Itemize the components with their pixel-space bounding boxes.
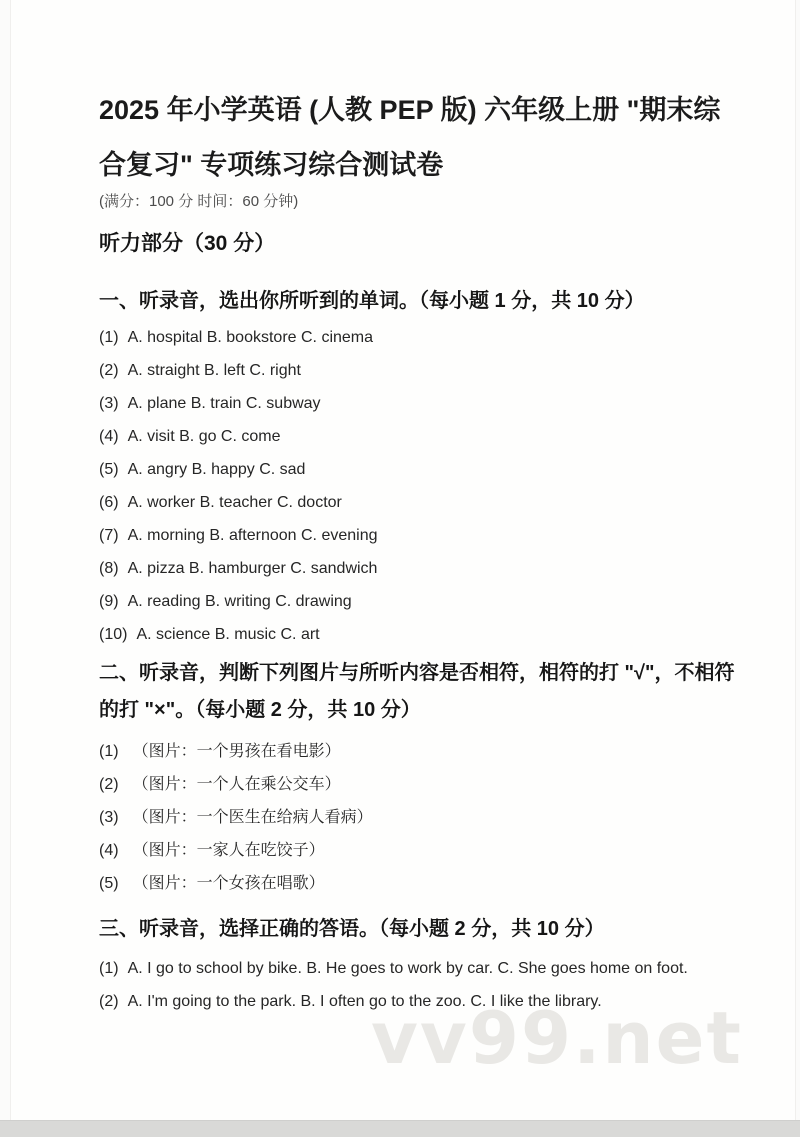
question-item: (1) A. hospital B. bookstore C. cinema — [99, 321, 743, 354]
question-text: A. visit B. go C. come — [128, 420, 281, 453]
document-page: vv99.net 2025 年小学英语 (人教 PEP 版) 六年级上册 "期末… — [10, 0, 796, 1120]
question-text: A. I'm going to the park. B. I often go … — [128, 985, 602, 1018]
document-content: 2025 年小学英语 (人教 PEP 版) 六年级上册 "期末综合复习" 专项练… — [11, 83, 795, 1018]
question-number: (6) — [99, 486, 119, 519]
question-number: (2) — [99, 354, 119, 387]
question-text: （图片：一个医生在给病人看病） — [133, 801, 373, 834]
question-text: A. angry B. happy C. sad — [128, 453, 306, 486]
question-item: (3) A. plane B. train C. subway — [99, 387, 743, 420]
question-number: (1) — [99, 952, 119, 985]
question-number: (10) — [99, 618, 127, 651]
question-number: (8) — [99, 552, 119, 585]
question-text: A. science B. music C. art — [136, 618, 319, 651]
question-number: (4) — [99, 420, 119, 453]
question-text: A. reading B. writing C. drawing — [128, 585, 352, 618]
question-text: （图片：一家人在吃饺子） — [133, 834, 325, 867]
question-number: (2) — [99, 985, 119, 1018]
question-text: A. plane B. train C. subway — [128, 387, 321, 420]
question-number: (1) — [99, 735, 119, 768]
question-number: (4) — [99, 834, 119, 867]
question-number: (3) — [99, 387, 119, 420]
section-1-question-list: (1) A. hospital B. bookstore C. cinema (… — [99, 321, 743, 651]
question-item: (2) （图片：一个人在乘公交车） — [99, 768, 743, 801]
question-item: (2) A. I'm going to the park. B. I often… — [99, 985, 743, 1018]
question-text: A. morning B. afternoon C. evening — [128, 519, 378, 552]
question-number: (1) — [99, 321, 119, 354]
question-number: (7) — [99, 519, 119, 552]
question-item: (7) A. morning B. afternoon C. evening — [99, 519, 743, 552]
bottom-gray-bar — [0, 1120, 800, 1137]
question-text: A. I go to school by bike. B. He goes to… — [128, 952, 688, 985]
section-3-question-list: (1) A. I go to school by bike. B. He goe… — [99, 952, 743, 1018]
question-number: (5) — [99, 453, 119, 486]
question-text: A. hospital B. bookstore C. cinema — [128, 321, 373, 354]
question-text: （图片：一个人在乘公交车） — [133, 768, 341, 801]
listening-part-heading: 听力部分（30 分） — [99, 229, 743, 259]
section-3-title: 三、听录音，选择正确的答语。（每小题 2 分，共 10 分） — [99, 914, 743, 944]
question-item: (4) （图片：一家人在吃饺子） — [99, 834, 743, 867]
question-text: （图片：一个女孩在唱歌） — [133, 867, 325, 900]
question-item: (6) A. worker B. teacher C. doctor — [99, 486, 743, 519]
exam-meta: (满分：100 分 时间：60 分钟) — [99, 191, 743, 213]
question-item: (1) （图片：一个男孩在看电影） — [99, 735, 743, 768]
section-1-title: 一、听录音，选出你所听到的单词。（每小题 1 分，共 10 分） — [99, 286, 743, 316]
question-text: （图片：一个男孩在看电影） — [133, 735, 341, 768]
question-item: (2) A. straight B. left C. right — [99, 354, 743, 387]
question-text: A. straight B. left C. right — [128, 354, 301, 387]
question-item: (10) A. science B. music C. art — [99, 618, 743, 651]
question-number: (3) — [99, 801, 119, 834]
question-number: (5) — [99, 867, 119, 900]
section-2-question-list: (1) （图片：一个男孩在看电影） (2) （图片：一个人在乘公交车） (3) … — [99, 735, 743, 900]
question-item: (4) A. visit B. go C. come — [99, 420, 743, 453]
question-item: (9) A. reading B. writing C. drawing — [99, 585, 743, 618]
question-text: A. worker B. teacher C. doctor — [128, 486, 342, 519]
question-item: (1) A. I go to school by bike. B. He goe… — [99, 952, 743, 985]
question-item: (8) A. pizza B. hamburger C. sandwich — [99, 552, 743, 585]
question-text: A. pizza B. hamburger C. sandwich — [128, 552, 378, 585]
question-item: (3) （图片：一个医生在给病人看病） — [99, 801, 743, 834]
exam-title: 2025 年小学英语 (人教 PEP 版) 六年级上册 "期末综合复习" 专项练… — [99, 83, 743, 193]
section-2-title: 二、听录音，判断下列图片与所听内容是否相符，相符的打 "√"，不相符的打 "×"… — [99, 655, 743, 729]
question-number: (9) — [99, 585, 119, 618]
question-item: (5) （图片：一个女孩在唱歌） — [99, 867, 743, 900]
question-item: (5) A. angry B. happy C. sad — [99, 453, 743, 486]
question-number: (2) — [99, 768, 119, 801]
